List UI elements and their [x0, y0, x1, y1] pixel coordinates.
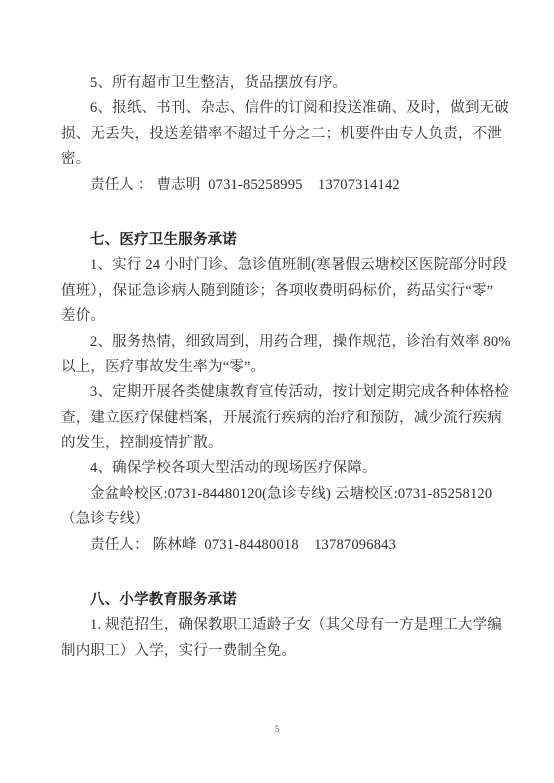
text-line: 的发生，控制疫情扩散。: [61, 431, 497, 456]
hotline-line: （急诊专线）: [61, 507, 497, 532]
text-line: 查，建立医疗保健档案，开展流行疾病的治疗和预防，减少流行疾病: [61, 406, 497, 431]
text-line: 3、定期开展各类健康教育宣传活动，按计划定期完成各种体格检: [61, 380, 497, 405]
text-line: 1. 规范招生，确保教职工适龄子女（其父母有一方是理工大学编: [61, 613, 497, 638]
document-body: 5、所有超市卫生整洁，货品摆放有序。 6、报纸、书刊、杂志、信件的订阅和投送准确…: [61, 71, 497, 664]
hotline-line: 金盆岭校区:0731-84480120(急诊专线) 云塘校区:0731-8525…: [61, 482, 497, 507]
section-heading-primary-school: 八、小学教育服务承诺: [61, 588, 497, 613]
text-line: 6、报纸、书刊、杂志、信件的订阅和投送准确、及时，做到无破: [61, 96, 497, 121]
page-number: 5: [0, 722, 554, 736]
text-line: 制内职工）入学，实行一费制全免。: [61, 639, 497, 664]
text-line: 值班），保证急诊病人随到随诊；各项收费明码标价，药品实行“零”: [61, 279, 497, 304]
responsible-person-line: 责任人 ： 曹志明 0731-85258995 13707314142: [61, 173, 497, 198]
section-heading-medical: 七、医疗卫生服务承诺: [61, 228, 497, 253]
text-line: 差价。: [61, 304, 497, 329]
text-line: 损、无丢失，投送差错率不超过千分之二；机要件由专人负责，不泄: [61, 122, 497, 147]
text-line: 5、所有超市卫生整洁，货品摆放有序。: [61, 71, 497, 96]
responsible-person-line: 责任人： 陈林峰 0731-84480018 13787096843: [61, 533, 497, 558]
document-page: 5、所有超市卫生整洁，货品摆放有序。 6、报纸、书刊、杂志、信件的订阅和投送准确…: [0, 0, 554, 783]
text-line: 密。: [61, 147, 497, 172]
text-line: 2、服务热情，细致周到，用药合理，操作规范，诊治有效率 80%: [61, 330, 497, 355]
text-line: 1、实行 24 小时门诊、急诊值班制(寒暑假云塘校区医院部分时段: [61, 253, 497, 278]
text-line: 4、确保学校各项大型活动的现场医疗保障。: [61, 456, 497, 481]
text-line: 以上，医疗事故发生率为“零”。: [61, 355, 497, 380]
